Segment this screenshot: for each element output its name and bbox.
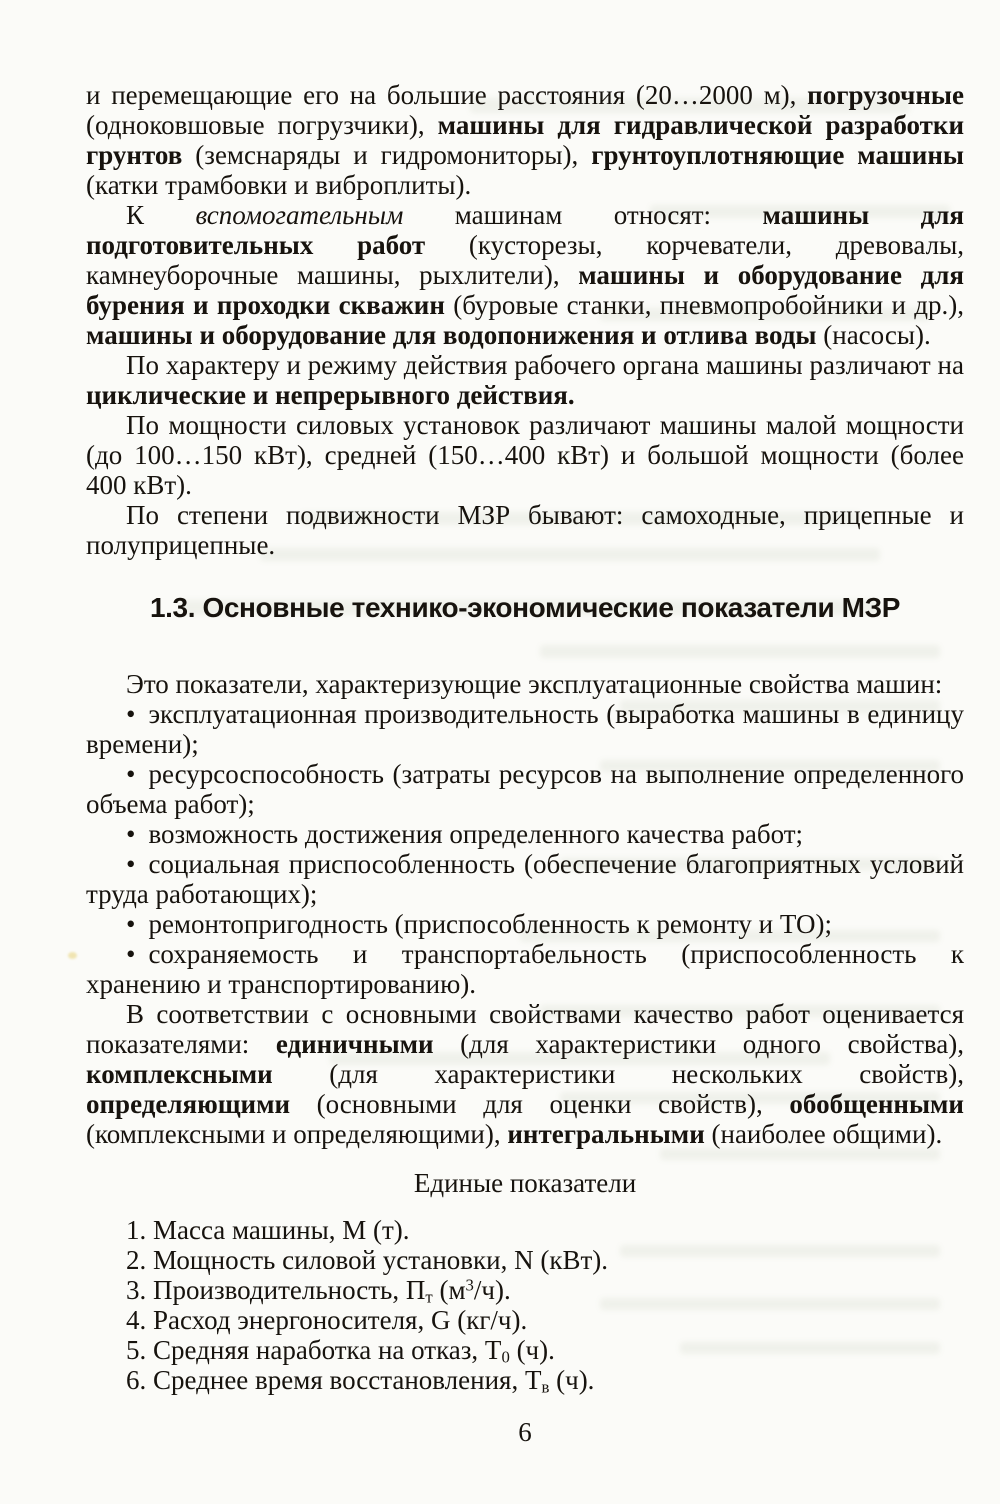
text-run: возможность достижения определенного кач… [148, 819, 803, 849]
text-run: (м [433, 1275, 466, 1305]
paragraph: Это показатели, характеризующие эксплуат… [86, 669, 964, 699]
text-run: циклические и непрерывного действия. [86, 380, 575, 410]
bullet-icon: • [126, 849, 148, 879]
bullet-item: •социальная приспособленность (обеспечен… [86, 849, 964, 909]
paragraph: По степени подвижности МЗР бывают: самох… [86, 500, 964, 560]
text-run: единичными [276, 1029, 434, 1059]
paragraph: и перемещающие его на большие расстояния… [86, 80, 964, 200]
subsection-heading: Единые показатели [86, 1167, 964, 1199]
bullet-icon: • [126, 699, 148, 729]
bullet-item: •сохраняемость и транспортабельность (пр… [86, 939, 964, 999]
text-run: (для характеристики одного свойства), [434, 1029, 964, 1059]
bullet-item: •эксплуатационная производительность (вы… [86, 699, 964, 759]
text-run: комплексными [86, 1059, 273, 1089]
text-run: машинам относят: [403, 200, 762, 230]
numbered-item: 1. Масса машины, М (т). [86, 1215, 964, 1245]
text-run: 6. Среднее время восстановления, Т [126, 1365, 541, 1395]
text-run: сохраняемость и транспортабельность (при… [86, 939, 964, 999]
text-run: Это показатели, характеризующие эксплуат… [126, 669, 942, 699]
numbered-item: 5. Средняя наработка на отказ, Т0 (ч). [86, 1335, 964, 1365]
text-run: обобщенными [789, 1089, 964, 1119]
text-run: ресурсоспособность (затраты ресурсов на … [86, 759, 964, 819]
numbered-item: 6. Среднее время восстановления, Тв (ч). [86, 1365, 964, 1395]
text-run: /ч). [474, 1275, 511, 1305]
text-run: 4. Расход энергоносителя, G (кг/ч). [126, 1305, 527, 1335]
text-run: 3. Производительность, П [126, 1275, 425, 1305]
bullet-item: •ремонтопригодность (приспособленность к… [86, 909, 964, 939]
text-run: (буровые станки, пневмопробойники и др.)… [445, 290, 964, 320]
text-run: (ч). [510, 1335, 555, 1365]
text-run: 0 [501, 1348, 509, 1367]
page-number: 6 [86, 1417, 964, 1447]
text-column: и перемещающие его на большие расстояния… [86, 80, 964, 1447]
text-run: (насосы). [817, 320, 931, 350]
paragraph: В соответствии с основными свойствами ка… [86, 999, 964, 1149]
text-run: 5. Средняя наработка на отказ, Т [126, 1335, 501, 1365]
numbered-item: 2. Мощность силовой установки, N (кВт). [86, 1245, 964, 1275]
text-run: (основными для оценки свойств), [290, 1089, 789, 1119]
text-run: 2. Мощность силовой установки, N (кВт). [126, 1245, 608, 1275]
text-run: По степени подвижности МЗР бывают: самох… [86, 500, 964, 560]
paragraph: По мощности силовых установок различают … [86, 410, 964, 500]
bullet-icon: • [126, 939, 148, 969]
text-run: эксплуатационная производительность (выр… [86, 699, 964, 759]
text-run: 1. Масса машины, М (т). [126, 1215, 410, 1245]
numbered-item: 3. Производительность, Пт (м3/ч). [86, 1275, 964, 1305]
text-run: интегральными [507, 1119, 704, 1149]
bullet-item: •ресурсоспособность (затраты ресурсов на… [86, 759, 964, 819]
text-run: ремонтопригодность (приспособленность к … [148, 909, 832, 939]
text-run: грунтоуплотняющие машины [591, 140, 964, 170]
bullet-icon: • [126, 819, 148, 849]
text-run: (земснаряды и гидромониторы), [182, 140, 591, 170]
text-run: (катки трамбовки и виброплиты). [86, 170, 471, 200]
text-run: 3 [466, 1276, 474, 1295]
text-run: (комплексными и определяющими), [86, 1119, 507, 1149]
paragraph: К вспомогательным машинам относят: машин… [86, 200, 964, 350]
text-run: (одноковшовые погрузчики), [86, 110, 438, 140]
scanned-book-page: и перемещающие его на большие расстояния… [0, 0, 1000, 1504]
numbered-item: 4. Расход энергоносителя, G (кг/ч). [86, 1305, 964, 1335]
text-run: т [425, 1288, 432, 1307]
text-run: 1.3. Основные технико-экономические пока… [150, 592, 900, 623]
section-heading: 1.3. Основные технико-экономические пока… [86, 591, 964, 625]
bullet-icon: • [126, 759, 148, 789]
text-run: К [126, 200, 195, 230]
text-run: (для характеристики нескольких свойств), [273, 1059, 964, 1089]
text-run: По характеру и режиму действия рабочего … [126, 350, 964, 380]
text-run: и перемещающие его на большие расстояния… [86, 80, 807, 110]
text-run: определяющими [86, 1089, 290, 1119]
text-run: машины и оборудование для водопонижения … [86, 320, 817, 350]
text-blocks: и перемещающие его на большие расстояния… [86, 80, 964, 1395]
text-run: социальная приспособленность (обеспечени… [86, 849, 964, 909]
paragraph: По характеру и режиму действия рабочего … [86, 350, 964, 410]
paper-speck [68, 952, 77, 959]
text-run: (ч). [549, 1365, 594, 1395]
text-run: (наиболее общими). [705, 1119, 942, 1149]
text-run: Единые показатели [414, 1168, 636, 1198]
bullet-icon: • [126, 909, 148, 939]
text-run: вспомогательным [195, 200, 403, 230]
text-run: По мощности силовых установок различают … [86, 410, 964, 500]
bullet-item: •возможность достижения определенного ка… [86, 819, 964, 849]
text-run: погрузочные [807, 80, 964, 110]
